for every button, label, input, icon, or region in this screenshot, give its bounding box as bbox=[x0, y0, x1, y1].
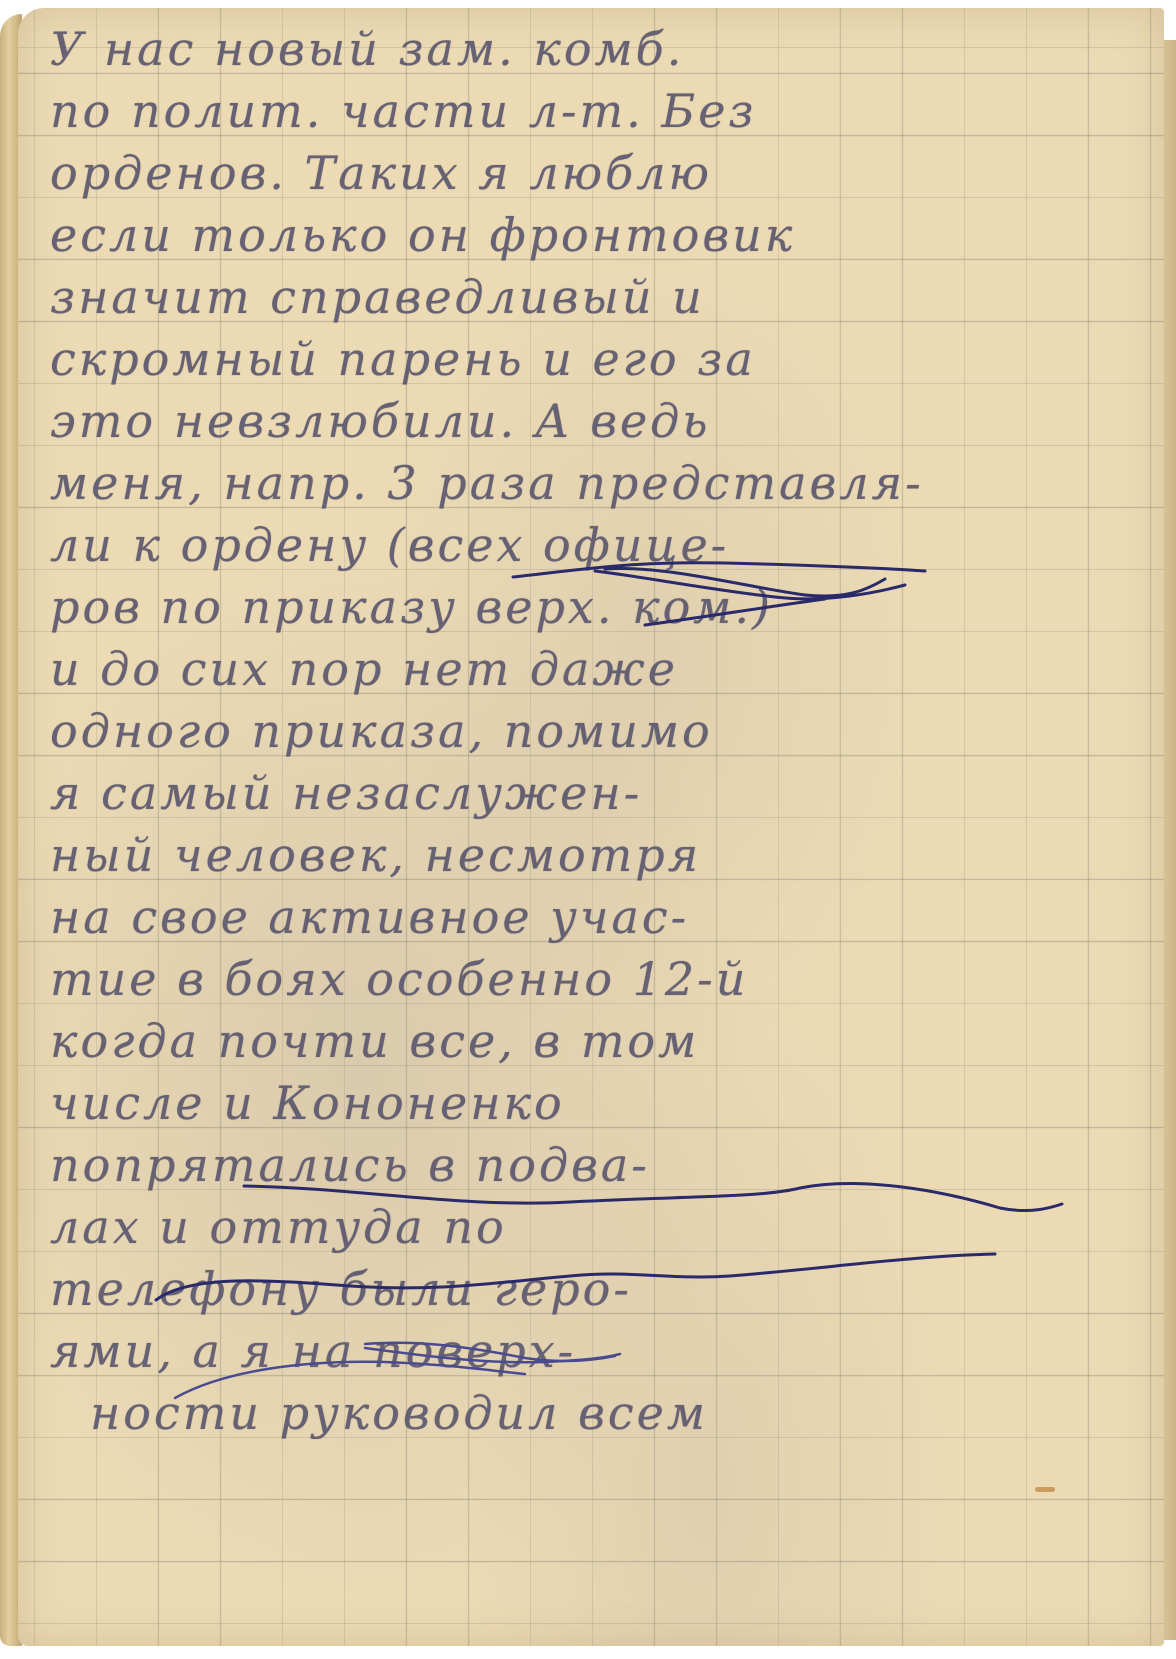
handwritten-line: и до сих пор нет даже bbox=[50, 638, 1140, 700]
notebook-page-stack-edge bbox=[1162, 40, 1176, 1640]
handwritten-line: скромный парень и его за bbox=[50, 328, 1140, 390]
handwritten-line: ный человек, несмотря bbox=[50, 824, 1140, 886]
handwritten-line: я самый незаслужен- bbox=[50, 762, 1140, 824]
handwritten-text: У нас новый зам. комб. по полит. части л… bbox=[50, 18, 1140, 1444]
handwritten-line: одного приказа, помимо bbox=[50, 700, 1140, 762]
handwritten-line: числе и Кононенко bbox=[50, 1072, 1140, 1134]
handwritten-line: когда почти все, в том bbox=[50, 1010, 1140, 1072]
handwritten-line: попрятались в подва- bbox=[50, 1134, 1140, 1196]
handwritten-line: ями, а я на поверх- bbox=[50, 1320, 1140, 1382]
handwritten-line: ли к ордену (всех офице- bbox=[50, 514, 1140, 576]
handwritten-line: лах и оттуда по bbox=[50, 1196, 1140, 1258]
handwritten-line: если только он фронтовик bbox=[50, 204, 1140, 266]
handwritten-line: У нас новый зам. комб. bbox=[50, 18, 1140, 80]
handwritten-line: на свое активное учас- bbox=[50, 886, 1140, 948]
handwritten-line: меня, напр. 3 раза представля- bbox=[50, 452, 1140, 514]
notebook-page: У нас новый зам. комб. по полит. части л… bbox=[0, 0, 1176, 1659]
handwritten-line: ности руководил всем bbox=[50, 1382, 1140, 1444]
handwritten-line: телефону были геро- bbox=[50, 1258, 1140, 1320]
handwritten-line: по полит. части л-т. Без bbox=[50, 80, 1140, 142]
handwritten-line: ров по приказу верх. ком.) bbox=[50, 576, 1140, 638]
handwritten-line: тие в боях особенно 12-й bbox=[50, 948, 1140, 1010]
handwritten-line: значит справедливый и bbox=[50, 266, 1140, 328]
handwritten-line: это невзлюбили. А ведь bbox=[50, 390, 1140, 452]
paper-stain bbox=[1035, 1487, 1055, 1492]
handwritten-line: орденов. Таких я люблю bbox=[50, 142, 1140, 204]
